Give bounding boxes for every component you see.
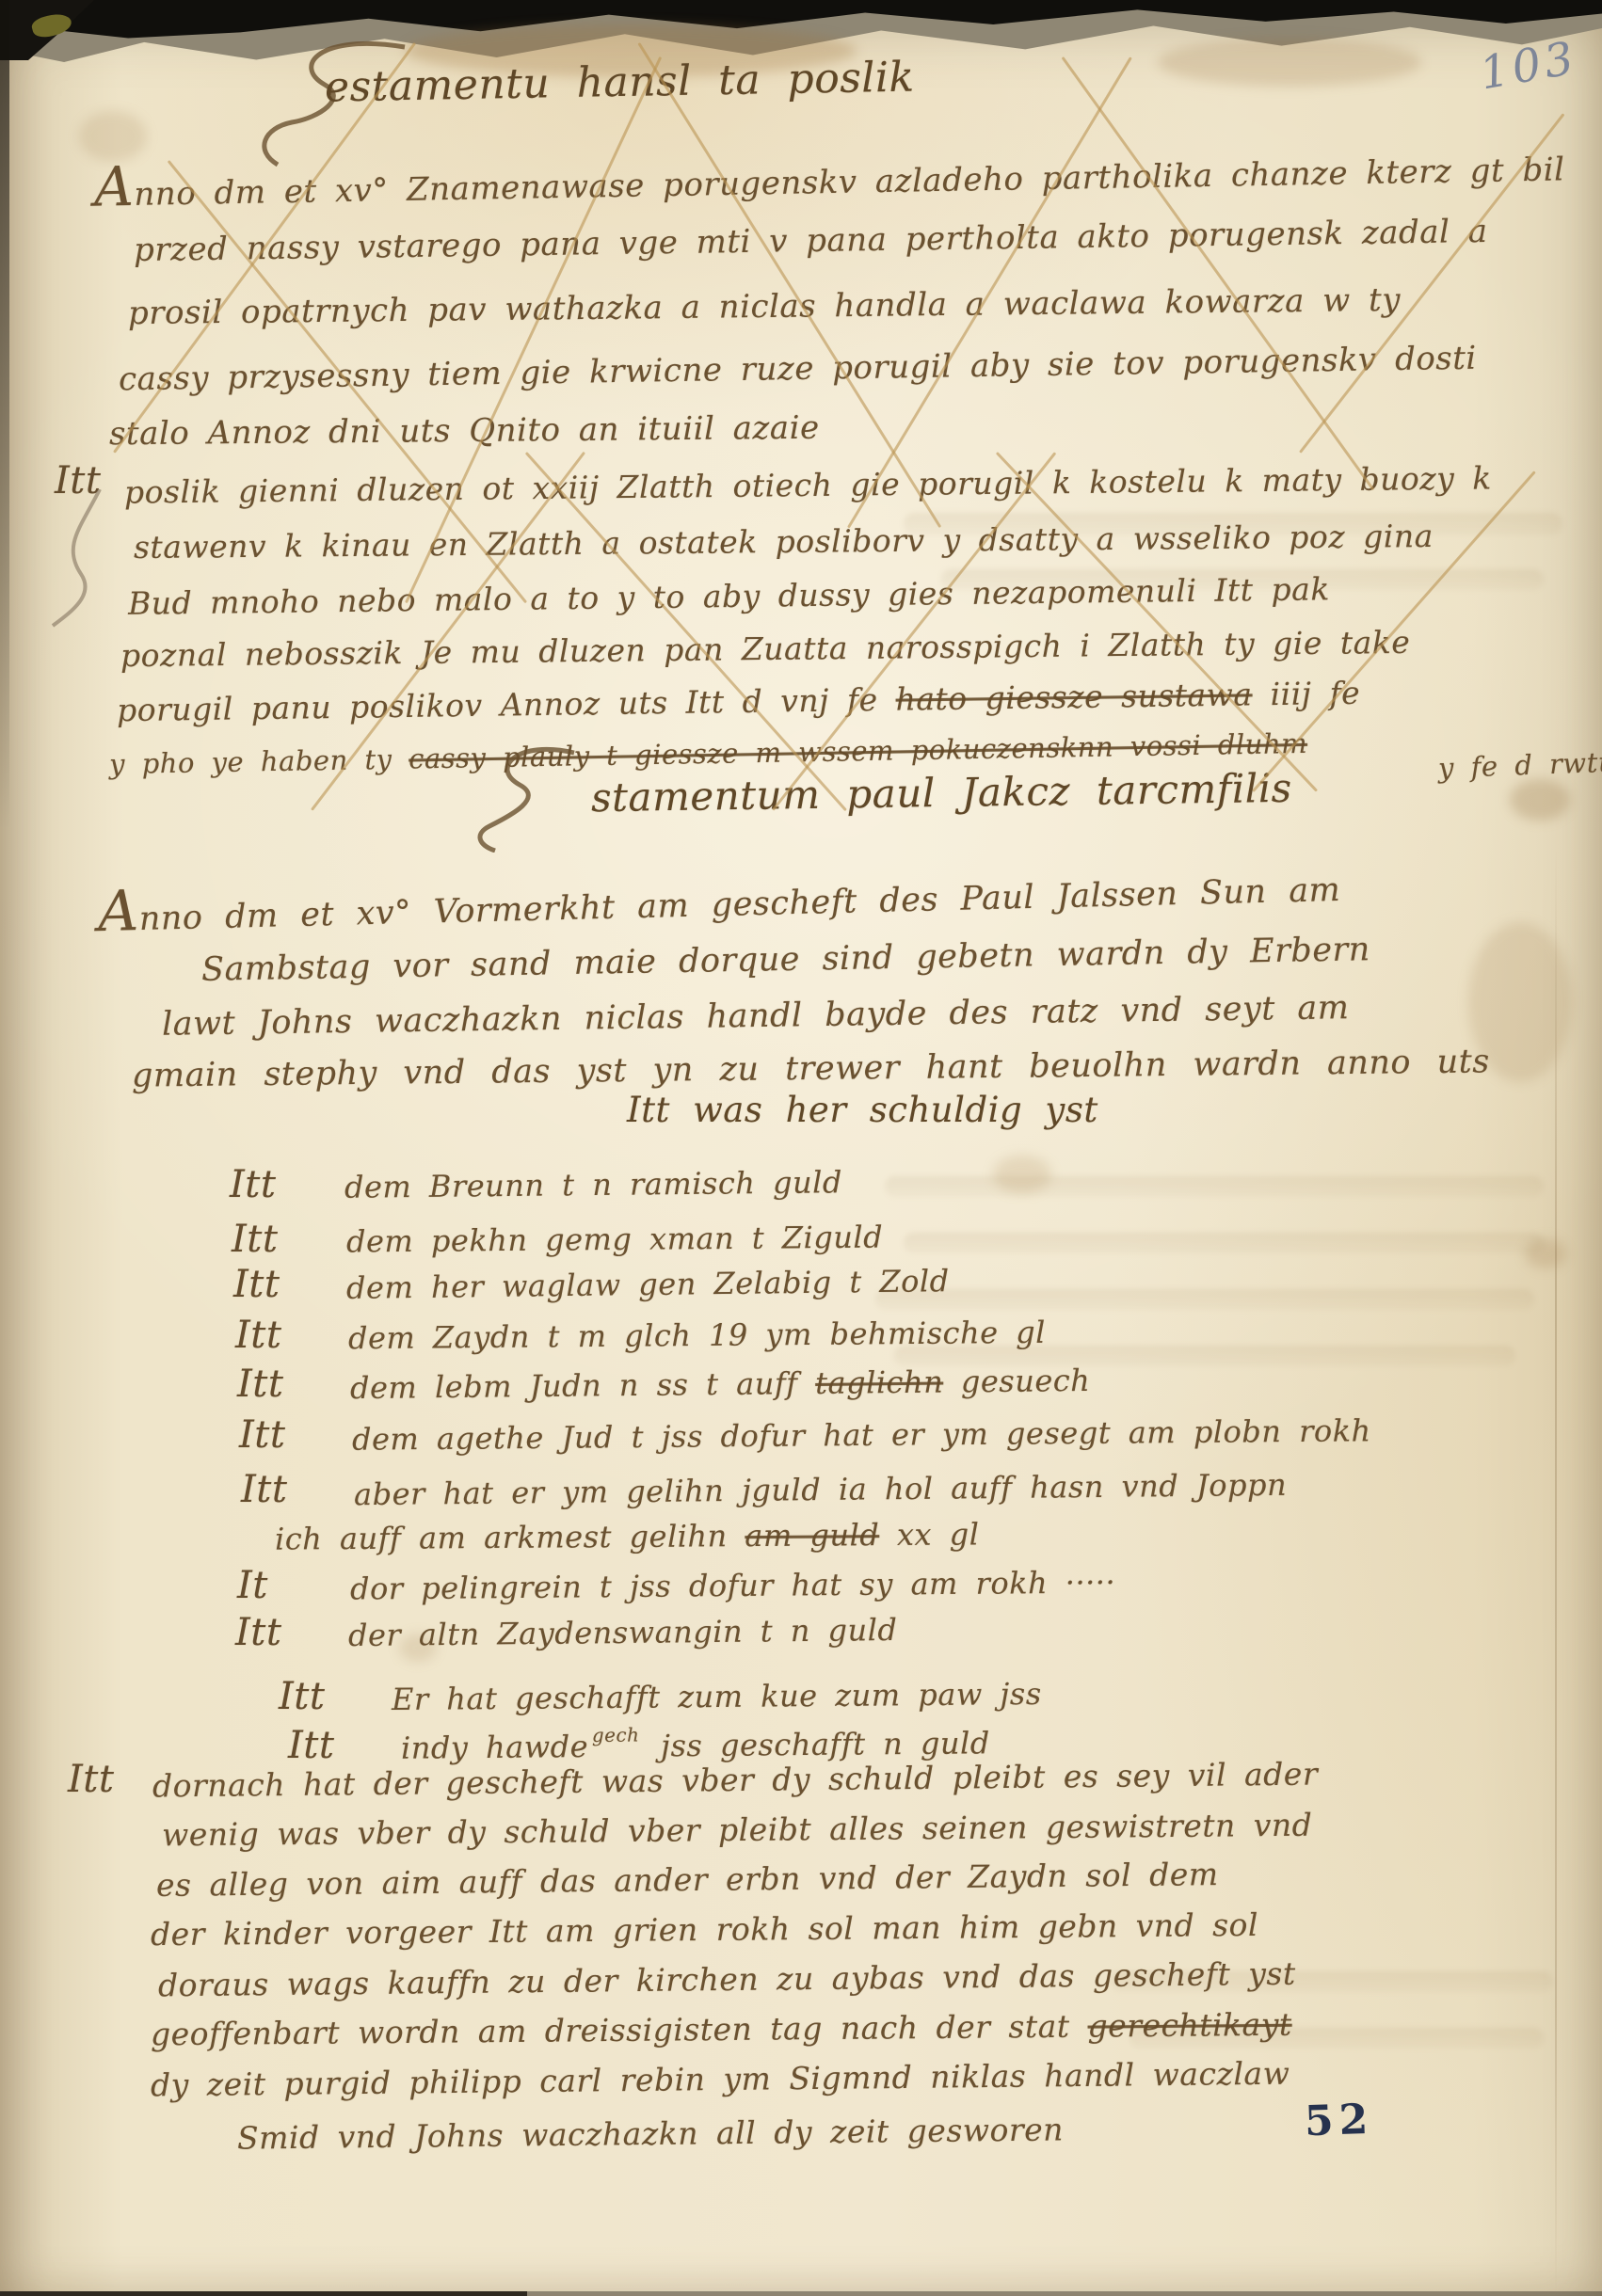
- list-item: der altn Zaydenswangin t n guld: [348, 1612, 898, 1653]
- struck-text: am guld: [745, 1517, 879, 1554]
- manuscript-page: 103 estamentu hansl ta poslik Anno dm et…: [0, 0, 1602, 2296]
- item-marker: Itt: [237, 1363, 283, 1406]
- struck-text: hato giessze sustawa: [895, 676, 1253, 717]
- line-segment: jss geschafft n guld: [643, 1725, 990, 1763]
- item-marker: Itt: [235, 1611, 281, 1654]
- list-item: dem Zaydn t m glch 19 ym behmische gl: [348, 1315, 1046, 1356]
- item-marker: Itt: [68, 1758, 114, 1801]
- bottom-edge-shadow: [527, 2291, 1602, 2296]
- line-segment: ich auff am arkmest gelihn: [275, 1518, 745, 1556]
- item-marker: Itt: [279, 1675, 325, 1718]
- list-item: ich auff am arkmest gelihn am guld xx gl: [275, 1516, 980, 1556]
- item-marker: Itt: [241, 1468, 287, 1511]
- item-marker: Itt: [232, 1218, 278, 1261]
- marginal-note: y fe d rwtu: [1437, 746, 1602, 785]
- left-binding-shadow: [0, 0, 9, 922]
- struck-text: taglichn: [815, 1364, 943, 1401]
- line-segment: indy hawde: [401, 1729, 588, 1766]
- list-item: dem pekhn gemg xman t Ziguld: [346, 1220, 883, 1260]
- item-marker: Itt: [239, 1413, 285, 1457]
- item-marker: Itt: [235, 1314, 281, 1357]
- list-item: Er hat geschafft zum kue zum paw jss: [392, 1676, 1042, 1717]
- manuscript-line: stalo Annoz dni uts Qnito an ituiil azai…: [109, 409, 820, 454]
- line-segment: iiij fe: [1252, 675, 1360, 713]
- item-marker: Itt: [55, 459, 101, 502]
- item-marker: Itt: [233, 1263, 280, 1306]
- debt-list-subheading: Itt was her schuldig yst: [627, 1090, 1098, 1130]
- item-marker: Itt: [230, 1163, 276, 1206]
- line-segment: y pho ye haben ty: [109, 743, 409, 781]
- item-marker: It: [237, 1564, 268, 1607]
- heading-testament-2: stamentum paul Jakcz tarcmfilis: [591, 765, 1292, 821]
- struck-text: gerechtikayt: [1087, 2006, 1291, 2045]
- list-item: dor pelingrein t jss dofur hat sy am rok…: [350, 1564, 1115, 1606]
- line-segment: gesuech: [943, 1363, 1090, 1400]
- bottom-edge-shadow: [0, 2291, 527, 2296]
- interlinear-insertion: gech: [592, 1725, 640, 1746]
- list-item: dem Breunn t n ramisch guld: [344, 1164, 842, 1205]
- item-marker: Itt: [288, 1724, 334, 1767]
- line-segment: xx gl: [879, 1516, 979, 1553]
- page-crease: [1555, 847, 1557, 2296]
- line-segment: dem lebm Judn n ss t auff: [350, 1365, 816, 1406]
- stamp-number: 52: [1304, 2096, 1374, 2146]
- list-item: dem her waglaw gen Zelabig t Zold: [346, 1263, 950, 1306]
